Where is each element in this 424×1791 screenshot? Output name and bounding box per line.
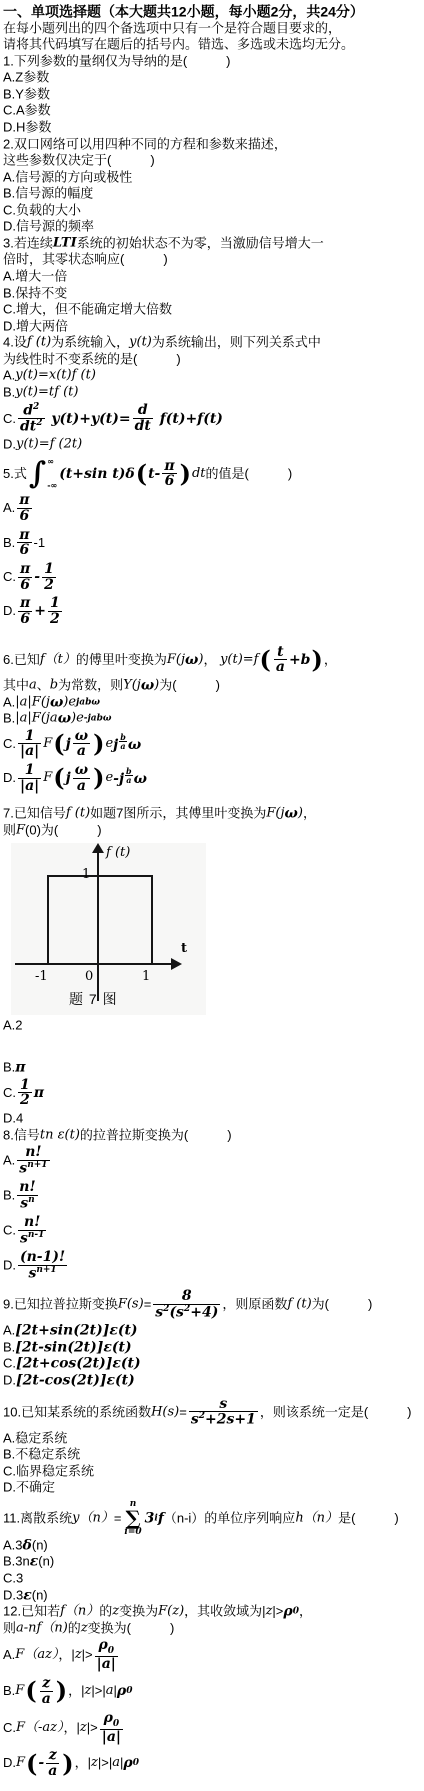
text: 如题7图所示，其傅里叶变换为 [90, 806, 266, 821]
formula-text: 3 [145, 1510, 155, 1526]
text: D.4 [3, 1111, 23, 1126]
fraction-numerator: n! [17, 1145, 49, 1161]
text: A.3 [3, 1537, 23, 1552]
text: 的 [68, 1620, 81, 1635]
text: B.Y参数 [3, 86, 50, 101]
text: 为( ) [312, 1297, 373, 1312]
text: |> [272, 1604, 283, 1619]
formula-text: [2t-sin(2t)]ε(t) [15, 1339, 131, 1355]
big-paren: ) [56, 1679, 67, 1703]
fraction-denominator: a [125, 776, 133, 784]
math-text: H(s) [151, 1404, 179, 1419]
big-paren: ( [136, 462, 147, 486]
text: A. [3, 694, 15, 709]
text: D. [3, 603, 16, 618]
text: C.A参数 [3, 103, 51, 118]
text: D.信号源的频率 [3, 219, 94, 234]
text: 5.式 [3, 466, 27, 481]
text: C.负载的大小 [3, 202, 81, 217]
x-tick-neg1: -1 [35, 969, 48, 985]
text: C. [3, 410, 16, 425]
formula-text: [2t+sin(2t)]ε(t) [15, 1323, 137, 1339]
text: ， [324, 652, 337, 667]
formula-text: +2s+1 [205, 1412, 256, 1428]
y-axis-label: f (t) [106, 845, 130, 861]
superscript: 2 [33, 402, 39, 412]
fraction-denominator: sn-1 [18, 1231, 46, 1246]
fraction: ba [119, 733, 127, 751]
text: 6.已知 [3, 652, 40, 667]
text: C.3 [3, 1571, 23, 1586]
text: B. [3, 385, 15, 400]
formula-text: y(t)+y(t)= [47, 410, 131, 426]
fraction: n!sn-1 [18, 1215, 46, 1246]
fraction-numerator: ρ0 [95, 1638, 118, 1657]
text: 这些参数仅决定于( ) [3, 153, 155, 168]
text: 10.已知某系统的系统函数 [3, 1404, 151, 1419]
text: |> [82, 1647, 93, 1662]
fraction: ta [274, 645, 287, 675]
doc-line-12: C.负载的大小 [3, 202, 422, 219]
text: |>| [91, 1683, 105, 1698]
formula-text: s [19, 1161, 27, 1177]
text: 为线性时不变系统的是( ) [3, 351, 181, 366]
text: C. [3, 1223, 16, 1238]
doc-line-10: A.信号源的方向或极性 [3, 169, 422, 186]
fraction-numerator: 8 [153, 1289, 220, 1305]
text: 为系统输出，则下列关系式中 [152, 335, 321, 350]
formula-text: π [15, 1060, 25, 1076]
formula-text: - [34, 569, 40, 585]
text: A. [3, 500, 15, 515]
text: 为常数，则 [58, 678, 123, 693]
formula-text: s [191, 1412, 199, 1428]
formula-text: j [66, 736, 71, 752]
fraction-numerator: π [162, 459, 176, 475]
doc-line-14: 3.若连续LTI系统的初始状态不为零，当激励信号增大一 [3, 235, 422, 252]
math-text: y(t)=f [220, 652, 258, 667]
math-text: y(t)=x(t)f (t) [15, 368, 96, 383]
text: 1.下列参数的量纲仅为导纳的是( ) [3, 53, 231, 68]
fraction-denominator: |a| [100, 1730, 123, 1745]
doc-line-18: C.增大，但不能确定增大倍数 [3, 301, 422, 318]
doc-line-26: 5.式∫∞-∞(t+sin t)δ(t-π6)dt的值是( ) [3, 457, 422, 491]
text: B.信号源的幅度 [3, 186, 93, 201]
fraction: 8s2(s2+4) [153, 1289, 220, 1320]
formula-text: dt [20, 419, 36, 435]
doc-line-8: 2.双口网络可以用四种不同的方程和参数来描述， [3, 136, 422, 153]
doc-line-5: B.Y参数 [3, 86, 422, 103]
big-paren: ( [26, 1752, 37, 1776]
formula-text: (s [169, 1305, 184, 1321]
doc-line-27: A.π6 [3, 491, 422, 525]
text: B. [3, 1683, 15, 1698]
fraction: 1|a| [18, 729, 41, 759]
integral-sign: ∫ [29, 459, 46, 489]
text: 变换为 [119, 1604, 158, 1619]
fraction-denominator: |a| [18, 779, 41, 794]
text: 变换为( ) [88, 1620, 175, 1635]
text: 请将其代码填写在题后的括号内。错选、多选或未选均无分。 [3, 37, 354, 52]
fraction-denominator: sn+1 [17, 1161, 49, 1176]
doc-line-50: A.[2t+sin(2t)]ε(t) [3, 1322, 422, 1339]
text: B. [3, 1339, 15, 1354]
doc-line-62: C.3 [3, 1570, 422, 1587]
doc-line-45: A.n!sn+1 [3, 1143, 422, 1178]
text: D.H参数 [3, 120, 51, 135]
doc-line-59: 11.离散系统y（n）=n∑i=03if（n-i）的单位序列响应h（n）是( ) [3, 1500, 422, 1537]
fraction: π6 [18, 562, 32, 592]
text: B. [3, 711, 15, 726]
math-text: y(t)=tf (t) [15, 385, 78, 400]
formula-text: +b [289, 652, 311, 668]
doc-line-58: D.不确定 [3, 1479, 422, 1496]
fraction: ss2+2s+1 [189, 1397, 258, 1428]
x-tick-0: 0 [85, 969, 93, 985]
fraction: d2dt2 [18, 403, 45, 435]
math-text: y(t) [129, 335, 152, 350]
fraction-numerator: ω [73, 763, 90, 779]
big-paren: ( [53, 732, 64, 756]
math-text: |a|F(ja [15, 711, 57, 726]
fraction-denominator: a [73, 744, 90, 759]
fraction: (n-1)!sn+1 [18, 1250, 67, 1281]
doc-line-21: 为线性时不变系统的是( ) [3, 351, 422, 368]
formula-text: ε [23, 1587, 32, 1603]
text: 其中 [3, 678, 29, 693]
doc-line-39: f (t) 1 -1 0 1 t 题 7 图 [3, 843, 422, 1015]
math-text: z [75, 1647, 82, 1662]
math-text: a [29, 678, 37, 693]
formula-text: ω [141, 678, 154, 694]
fraction-denominator: |a| [18, 744, 41, 759]
text: ， [203, 652, 220, 667]
doc-line-67: B.F(za)，|z|>|a|ρ0 [3, 1674, 422, 1708]
upper-limit: ∞ [47, 458, 57, 466]
text: A.增大一倍 [3, 269, 67, 284]
sigma-sign: ∑ [126, 1509, 141, 1528]
doc-line-32: 其中a、b为常数，则Y(jω)为( ) [3, 677, 422, 694]
math-text: a-nf（n) [16, 1620, 68, 1635]
formula-text: ω [58, 711, 71, 727]
superscript: jabω [76, 697, 100, 707]
fraction: 12 [42, 562, 56, 592]
math-text: Y(j [123, 678, 141, 693]
math-text: F（-az） [16, 1720, 64, 1735]
formula-text: ρ [104, 1710, 113, 1726]
doc-line-49: 9.已知拉普拉斯变换F(s)=8s2(s2+4)，则原函数f (t)为( ) [3, 1287, 422, 1322]
text: 在每小题列出的四个备选项中只有一个是符合题目要求的， [3, 20, 341, 35]
math-text: h（n） [295, 1510, 338, 1525]
math-text: f (t) [287, 1297, 311, 1312]
big-paren: ) [93, 766, 104, 790]
figure-caption: 题 7 图 [69, 991, 118, 1007]
fraction: 12 [18, 1078, 32, 1108]
doc-line-36: D.1|a|F(jωa)e-jbaω [3, 761, 422, 795]
text: (n) [32, 1587, 48, 1602]
math-text: F(j [167, 652, 185, 667]
math-text: F(z) [158, 1604, 184, 1619]
text: C.增大，但不能确定增大倍数 [3, 302, 172, 317]
fraction-numerator: t [274, 645, 287, 661]
formula-text: s [20, 1231, 28, 1247]
fraction-denominator: a [274, 660, 287, 675]
big-paren: ( [260, 648, 271, 672]
doc-line-34: B.|a|F(jaω)e-jabω [3, 710, 422, 727]
math-text: F（az） [15, 1647, 58, 1662]
formula-text: + [34, 603, 46, 619]
text: 7.已知信号 [3, 806, 66, 821]
big-paren: ) [62, 1752, 73, 1776]
subscript: 0 [133, 1759, 139, 1769]
text: 一、单项选择题（本大题共12小题，每小题2分，共24分） [3, 4, 364, 20]
subscript: 0 [126, 1686, 132, 1696]
fraction: n!sn+1 [17, 1145, 49, 1176]
fraction-numerator: n! [17, 1180, 37, 1196]
text: C. [3, 1356, 16, 1371]
text: 则 [3, 823, 16, 838]
fraction-numerator: n! [18, 1215, 46, 1231]
math-text: z [91, 1756, 98, 1771]
doc-line-31: 6.已知f（t）的傅里叶变换为F(jω)， y(t)=f(ta+b)， [3, 643, 422, 677]
fraction-numerator: π [17, 493, 31, 509]
doc-line-37: 7.已知信号f (t)如题7图所示，其傅里叶变换为F(jω)， [3, 805, 422, 822]
text: ，其收敛域为| [184, 1604, 265, 1619]
text: B. [3, 1060, 15, 1075]
fraction-denominator: 6 [17, 543, 31, 558]
rect-pulse-curve [47, 875, 153, 965]
formula-text: - [38, 1756, 44, 1772]
big-paren: ( [53, 766, 64, 790]
text: 2.双口网络可以用四种不同的方程和参数来描述， [3, 136, 287, 151]
doc-line-57: C.临界稳定系统 [3, 1463, 422, 1480]
text: |> [87, 1720, 98, 1735]
text: D.3 [3, 1587, 23, 1602]
math-text: f (t) [66, 806, 90, 821]
doc-line-33: A.|a|F(jω)ejabω [3, 694, 422, 711]
subscript: 0 [108, 1646, 114, 1656]
math-text: z [80, 1720, 87, 1735]
doc-line-65: 则a-nf（n)的z变换为( ) [3, 1620, 422, 1637]
fraction-numerator: ρ0 [100, 1711, 123, 1730]
doc-line-30: D.π6+12 [3, 594, 422, 628]
doc-line-1: 在每小题列出的四个备选项中只有一个是符合题目要求的， [3, 20, 422, 37]
doc-line-41: B.π [3, 1059, 422, 1076]
fraction: π6 [17, 493, 31, 523]
text: （n-i）的单位序列响应 [164, 1510, 295, 1525]
text: ，| [68, 1683, 84, 1698]
fraction-denominator: a [40, 1692, 53, 1707]
formula-text: ρ [117, 1683, 126, 1699]
doc-line-61: B.3nε(n) [3, 1553, 422, 1570]
text: 11.离散系统 [3, 1510, 72, 1525]
doc-line-43: D.4 [3, 1110, 422, 1127]
fraction-denominator: 6 [17, 509, 31, 524]
doc-line-15: 倍时，其零状态响应( ) [3, 251, 422, 268]
t-axis-label: t [181, 941, 187, 957]
doc-line-55: A.稳定系统 [3, 1430, 422, 1447]
math-text: y(t)=f (2t) [16, 437, 82, 452]
exam-document: 一、单项选择题（本大题共12小题，每小题2分，共24分）在每小题列出的四个备选项… [0, 0, 424, 1791]
math-text: f（n） [60, 1604, 99, 1619]
doc-line-68: C.F（-az），|z|>ρ0|a| [3, 1709, 422, 1747]
text: 12.已知若 [3, 1604, 60, 1619]
formula-text: t- [148, 466, 160, 482]
doc-line-47: C.n!sn-1 [3, 1213, 422, 1248]
math-text: z [81, 1620, 88, 1635]
fraction-denominator: sn [17, 1196, 37, 1211]
math-text: e [105, 770, 113, 785]
doc-line-25: D.y(t)=f (2t) [3, 436, 422, 453]
text: C. [3, 569, 16, 584]
formula-text: ρ [123, 1756, 132, 1772]
text: A.Z参数 [3, 70, 49, 85]
math-text: F(j [266, 806, 284, 821]
formula-text: (t+sin t)δ [59, 466, 135, 482]
text: ，| [75, 1756, 91, 1771]
text: = [179, 1404, 187, 1419]
doc-line-42: C.12π [3, 1076, 422, 1110]
fraction: π6 [18, 596, 32, 626]
text: D.增大两倍 [3, 318, 68, 333]
fraction: 1|a| [18, 763, 41, 793]
fraction-denominator: s2(s2+4) [153, 1305, 220, 1320]
fraction-numerator: z [46, 1748, 59, 1764]
formula-text: [2t-cos(2t)]ε(t) [16, 1373, 135, 1389]
fraction-numerator: 1 [18, 729, 41, 745]
fraction: ba [125, 767, 133, 785]
text: C. [3, 1720, 16, 1735]
subscript: 0 [113, 1718, 119, 1728]
formula-text: [2t+cos(2t)]ε(t) [16, 1356, 141, 1372]
doc-line-11: B.信号源的幅度 [3, 185, 422, 202]
doc-line-28: B.π6-1 [3, 526, 422, 560]
math-text: F [43, 770, 52, 785]
text: 的傅里叶变换为 [76, 652, 167, 667]
text: 为系统输入， [51, 335, 129, 350]
math-text: b [50, 678, 58, 693]
text: A.2 [3, 1017, 23, 1032]
text: A. [3, 1323, 15, 1338]
doc-line-7: D.H参数 [3, 119, 422, 136]
formula-text: π [34, 1085, 44, 1101]
text: 9.已知拉普拉斯变换 [3, 1297, 118, 1312]
text: 、 [37, 678, 50, 693]
fraction: 12 [48, 596, 62, 626]
doc-line-53: D.[2t-cos(2t)]ε(t) [3, 1372, 422, 1389]
fraction-numerator: π [18, 596, 32, 612]
fraction-numerator: z [40, 1676, 53, 1692]
text: (n) [32, 1537, 48, 1552]
formula-text: f(t)+f(t) [155, 410, 223, 426]
formula-text: ω [185, 652, 198, 668]
math-text: y（n） [72, 1510, 114, 1525]
fraction-numerator: d2 [18, 403, 45, 419]
fraction-numerator: 1 [42, 562, 56, 578]
fraction-denominator: 2 [42, 578, 56, 593]
formula-text: ρ [283, 1604, 292, 1620]
fraction-denominator: 6 [162, 474, 176, 489]
t-axis-arrow-icon [171, 958, 182, 970]
text: B. [3, 535, 15, 550]
formula-text: +4) [190, 1305, 218, 1321]
formula-text: ω [285, 806, 298, 822]
text: 的拉普拉斯变换为( ) [80, 1127, 232, 1142]
y-tick-1: 1 [82, 867, 90, 883]
math-text: F [16, 823, 25, 838]
math-text: f（t） [40, 652, 76, 667]
doc-line-44: 8.信号tn ε(t)的拉普拉斯变换为( ) [3, 1127, 422, 1144]
doc-line-56: B.不稳定系统 [3, 1446, 422, 1463]
text: D. [3, 1756, 16, 1771]
fraction: π6 [17, 528, 31, 558]
text: (n) [38, 1554, 54, 1569]
text: 4.设 [3, 335, 27, 350]
math-text: F [15, 1683, 24, 1698]
doc-line-29: C.π6-12 [3, 560, 422, 594]
doc-line-69: D.F(-za)，|z|>|a|ρ0 [3, 1746, 422, 1780]
doc-line-23: B.y(t)=tf (t) [3, 384, 422, 401]
fraction-denominator: a [73, 779, 90, 794]
math-text: |a|F(j [15, 694, 50, 709]
fraction-numerator: π [17, 528, 31, 544]
doc-line-4: A.Z参数 [3, 69, 422, 86]
superscript: 2 [36, 418, 42, 428]
integral-limits: ∞-∞ [47, 458, 57, 490]
fraction: ρ0|a| [95, 1638, 118, 1672]
doc-line-9: 这些参数仅决定于( ) [3, 152, 422, 169]
fraction-numerator: 1 [18, 763, 41, 779]
text: ，则该系统一定是( ) [260, 1404, 412, 1419]
big-paren: ) [311, 648, 322, 672]
doc-line-46: B.n!sn [3, 1178, 422, 1213]
formula-text: j [66, 770, 71, 786]
doc-line-3: 1.下列参数的量纲仅为导纳的是( ) [3, 53, 422, 70]
fraction-denominator: 6 [18, 578, 32, 593]
doc-line-54: 10.已知某系统的系统函数H(s)=ss2+2s+1，则该系统一定是( ) [3, 1395, 422, 1430]
fraction-numerator: π [18, 562, 32, 578]
math-text: dt [192, 466, 206, 481]
fraction-denominator: 2 [48, 612, 62, 627]
doc-line-0: 一、单项选择题（本大题共12小题，每小题2分，共24分） [3, 3, 422, 20]
formula-text: -j [113, 771, 124, 787]
math-text: a [112, 1756, 120, 1771]
formula-text: ε [30, 1554, 39, 1570]
text: 系统的初始状态不为零，当激励信号增大一 [77, 235, 324, 250]
superscript: n [28, 1195, 35, 1205]
text: D. [3, 437, 16, 452]
superscript: -jabω [84, 714, 112, 724]
superscript: -jbaω [113, 776, 147, 786]
fraction-numerator: 1 [48, 596, 62, 612]
fraction-denominator: 6 [18, 612, 32, 627]
fraction: ρ0|a| [100, 1711, 123, 1745]
fraction: ωa [73, 763, 90, 793]
superscript: jbaω [113, 742, 141, 752]
doc-line-2: 请将其代码填写在题后的括号内。错选、多选或未选均无分。 [3, 36, 422, 53]
math-text: F(s) [118, 1297, 144, 1312]
math-text: f (t) [27, 335, 51, 350]
formula-text: j [113, 737, 118, 753]
text: 则 [3, 1620, 16, 1635]
formula-text: s [20, 1196, 28, 1212]
big-paren: ( [25, 1679, 36, 1703]
text: D. [3, 1258, 16, 1273]
math-text: e [105, 736, 113, 751]
doc-line-51: B.[2t-sin(2t)]ε(t) [3, 1339, 422, 1356]
text: A.稳定系统 [3, 1430, 67, 1445]
text: |>| [98, 1756, 112, 1771]
